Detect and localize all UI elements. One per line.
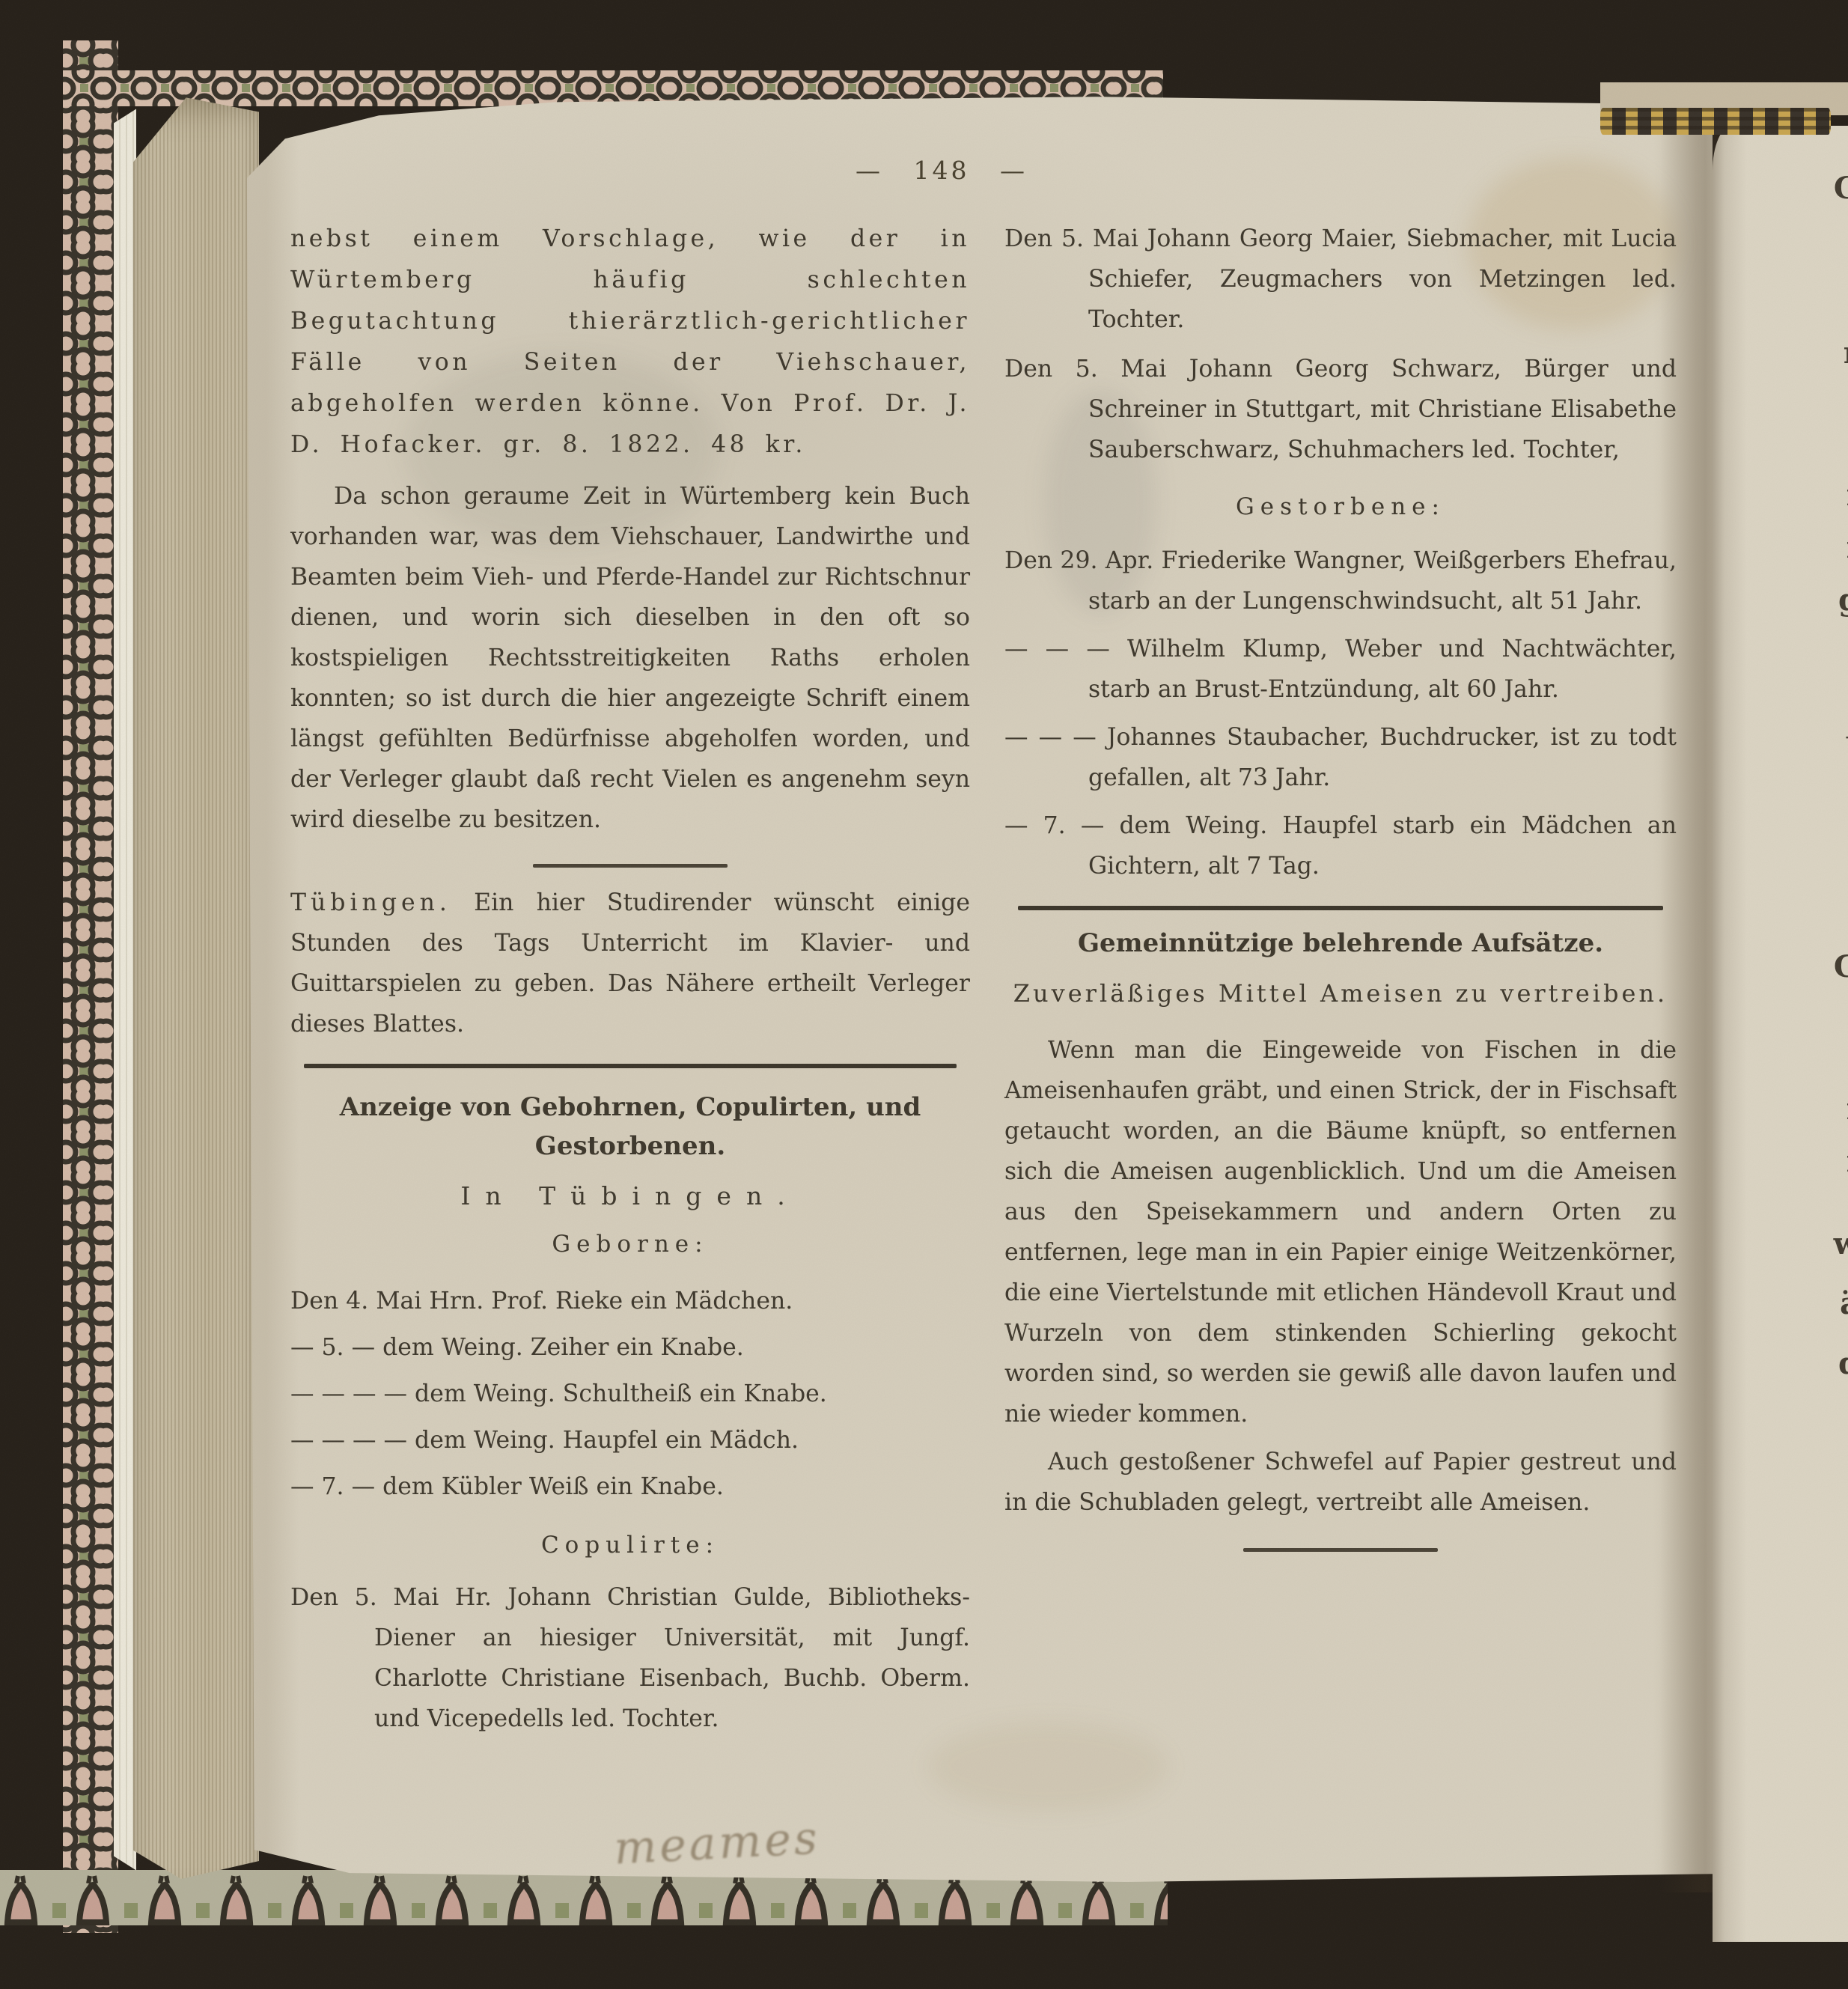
birth-entry: — — — — dem Weing. Haupfel ein Mädch.	[290, 1417, 970, 1463]
article-paragraph: Auch gestoßener Schwefel auf Papier gest…	[1004, 1442, 1677, 1523]
page-block-fore-edge	[133, 87, 259, 1879]
edge-letter-fragment: t	[1846, 725, 1848, 760]
cover-pattern-left	[63, 40, 118, 1933]
marriage-entry: Den 5. Mai Hr. Johann Christian Gulde, B…	[290, 1577, 970, 1739]
place-heading: In Tübingen.	[290, 1176, 970, 1216]
announcements-heading: Anzeige von Gebohrnen, Copulirten, und G…	[290, 1088, 970, 1166]
birth-entry: Den 4. Mai Hrn. Prof. Rieke ein Mädchen.	[290, 1278, 970, 1324]
death-entry: — — — Johannes Staubacher, Buchdrucker, …	[1004, 717, 1677, 798]
death-entry: Den 29. Apr. Friederike Wangner, Weißger…	[1004, 540, 1677, 621]
edge-letter-fragment: r	[1844, 335, 1848, 371]
death-entry: — — — Wilhelm Klump, Weber und Nachtwäch…	[1004, 629, 1677, 710]
article-paragraph: Wenn man die Eingeweide von Fischen in d…	[1004, 1030, 1677, 1434]
marriages-label: Copulirte:	[290, 1525, 970, 1565]
divider-rule-thick	[1018, 906, 1663, 910]
marriage-entry: Den 5. Mai Johann Georg Schwarz, Bürger …	[1004, 349, 1677, 470]
facing-page-edge: G r ſ f g t G ſ f w ä d	[1713, 126, 1848, 1942]
review-paragraph: Da schon geraume Zeit in Würtemberg kein…	[290, 476, 970, 840]
birth-entry: — 7. — dem Kübler Weiß ein Knabe.	[290, 1463, 970, 1510]
article-title: Zuverläßiges Mittel Ameisen zu vertreibe…	[1004, 973, 1677, 1014]
tuebingen-notice: Tübingen. Ein hier Studirender wünscht e…	[290, 883, 970, 1044]
divider-rule-short	[533, 864, 728, 868]
edge-letter-fragment: w	[1834, 1226, 1848, 1261]
divider-rule-short	[1243, 1548, 1438, 1552]
births-label: Geborne:	[290, 1224, 970, 1264]
birth-entry: — — — — dem Weing. Schultheiß ein Knabe.	[290, 1371, 970, 1417]
edge-letter-fragment: G	[1834, 949, 1848, 984]
book-advertisement: nebst einem Vorschlage, wie der in Würte…	[290, 219, 970, 466]
edge-letter-fragment: G	[1834, 171, 1848, 206]
edge-letter-fragment: d	[1838, 1346, 1848, 1381]
divider-rule-thick	[304, 1064, 957, 1068]
birth-entry: — 5. — dem Weing. Zeiher ein Knabe.	[290, 1324, 970, 1371]
edge-letter-fragment: ä	[1840, 1286, 1848, 1321]
right-column: Den 5. Mai Johann Georg Maier, Siebmache…	[1004, 219, 1677, 1567]
tuebingen-lead: Tübingen.	[290, 889, 451, 916]
death-entry: — 7. — dem Weing. Haupfel starb ein Mädc…	[1004, 805, 1677, 886]
marriage-entry: Den 5. Mai Johann Georg Maier, Siebmache…	[1004, 219, 1677, 340]
left-column: nebst einem Vorschlage, wie der in Würte…	[290, 219, 970, 1739]
page-number: — 148 —	[829, 156, 1054, 185]
endband	[1600, 108, 1831, 135]
edge-letter-fragment: g	[1838, 582, 1848, 618]
section-heading: Gemeinnützige belehrende Aufsätze.	[1004, 924, 1677, 963]
endpaper-edge	[114, 102, 136, 1877]
deaths-label: Gestorbene:	[1004, 487, 1677, 527]
